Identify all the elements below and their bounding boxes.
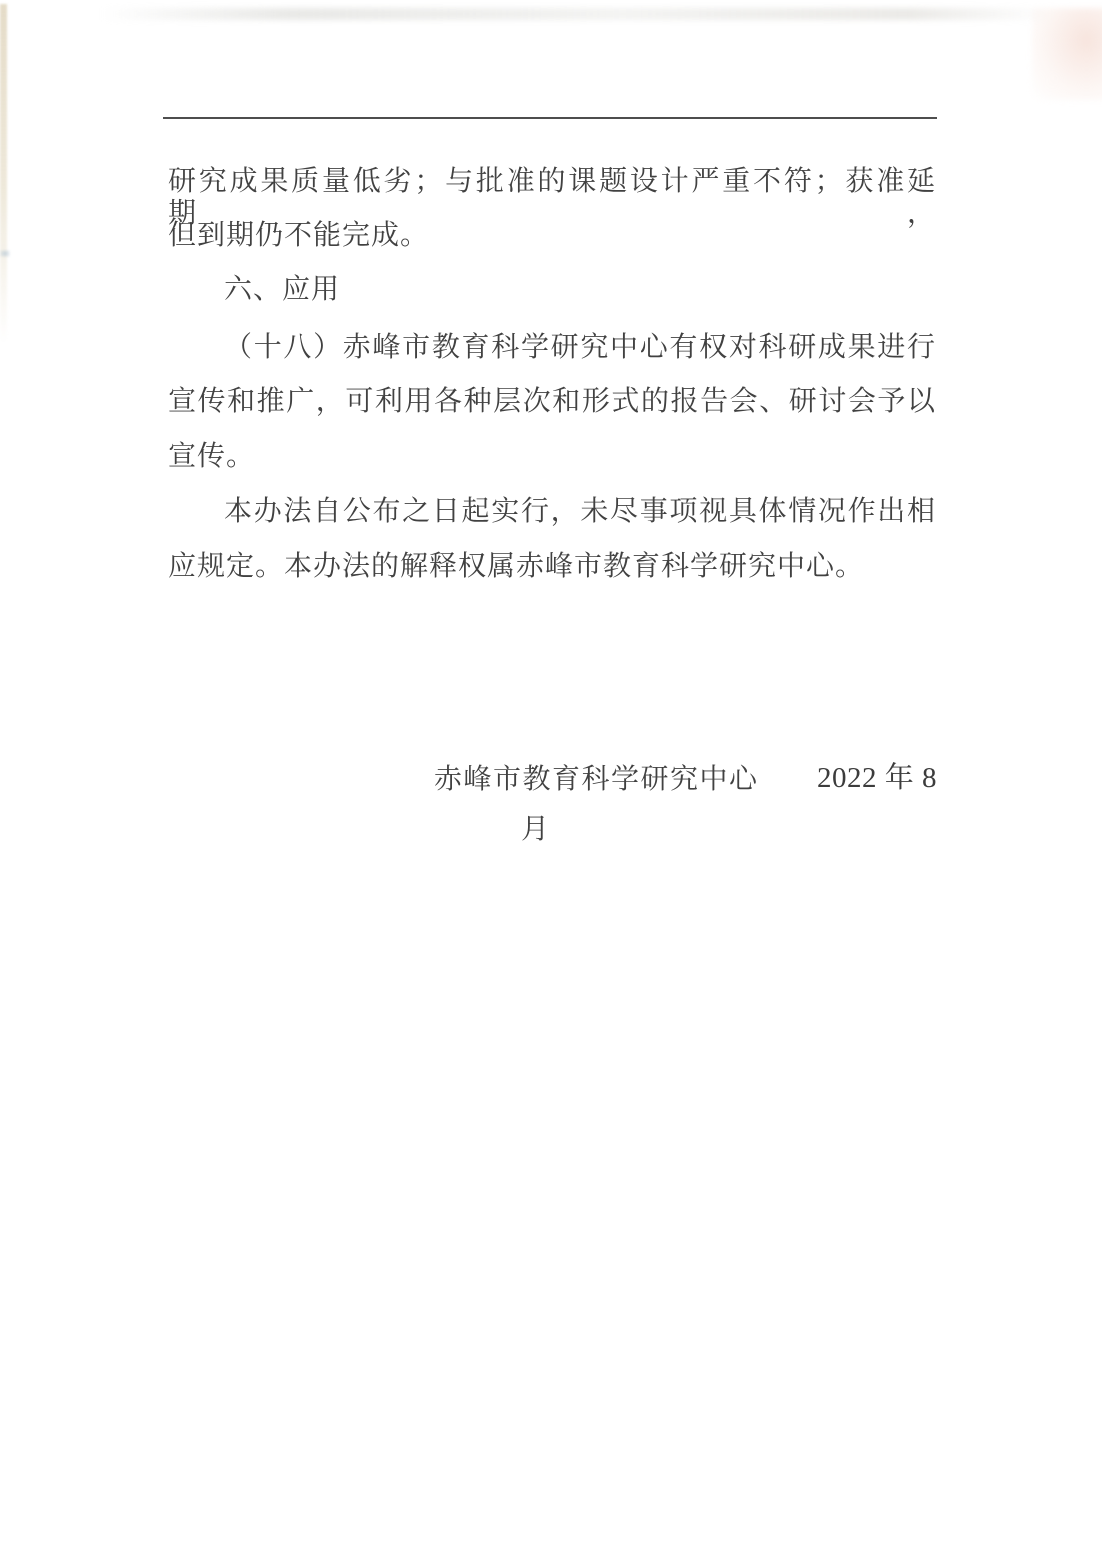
body-line: 本办法自公布之日起实行，未尽事项视具体情况作出相 bbox=[168, 496, 936, 528]
body-line: 宣传和推广，可利用各种层次和形式的报告会、研讨会予以 bbox=[168, 386, 936, 418]
body-line: 应规定。本办法的解释权属赤峰市教育科学研究中心。 bbox=[168, 551, 936, 583]
scan-edge-artifact bbox=[0, 4, 7, 344]
scan-corner-artifact bbox=[1032, 8, 1102, 100]
signature-org: 赤峰市教育科学研究中心 bbox=[434, 764, 759, 796]
body-line: 但到期仍不能完成。 bbox=[168, 220, 936, 252]
scan-speck-artifact bbox=[0, 250, 10, 257]
body-line: 宣传。 bbox=[168, 441, 936, 473]
document-page: 研究成果质量低劣；与批准的课题设计严重不符；获准延期， 但到期仍不能完成。 六、… bbox=[0, 0, 1102, 1559]
signature-date-continuation: 月 bbox=[521, 814, 549, 846]
scan-smudge-artifact bbox=[100, 8, 1050, 20]
header-divider-line bbox=[163, 117, 937, 119]
body-line: （十八）赤峰市教育科学研究中心有权对科研成果进行 bbox=[168, 332, 936, 364]
section-heading: 六、应用 bbox=[168, 274, 936, 306]
signature-date: 2022 年 8 bbox=[817, 762, 937, 795]
